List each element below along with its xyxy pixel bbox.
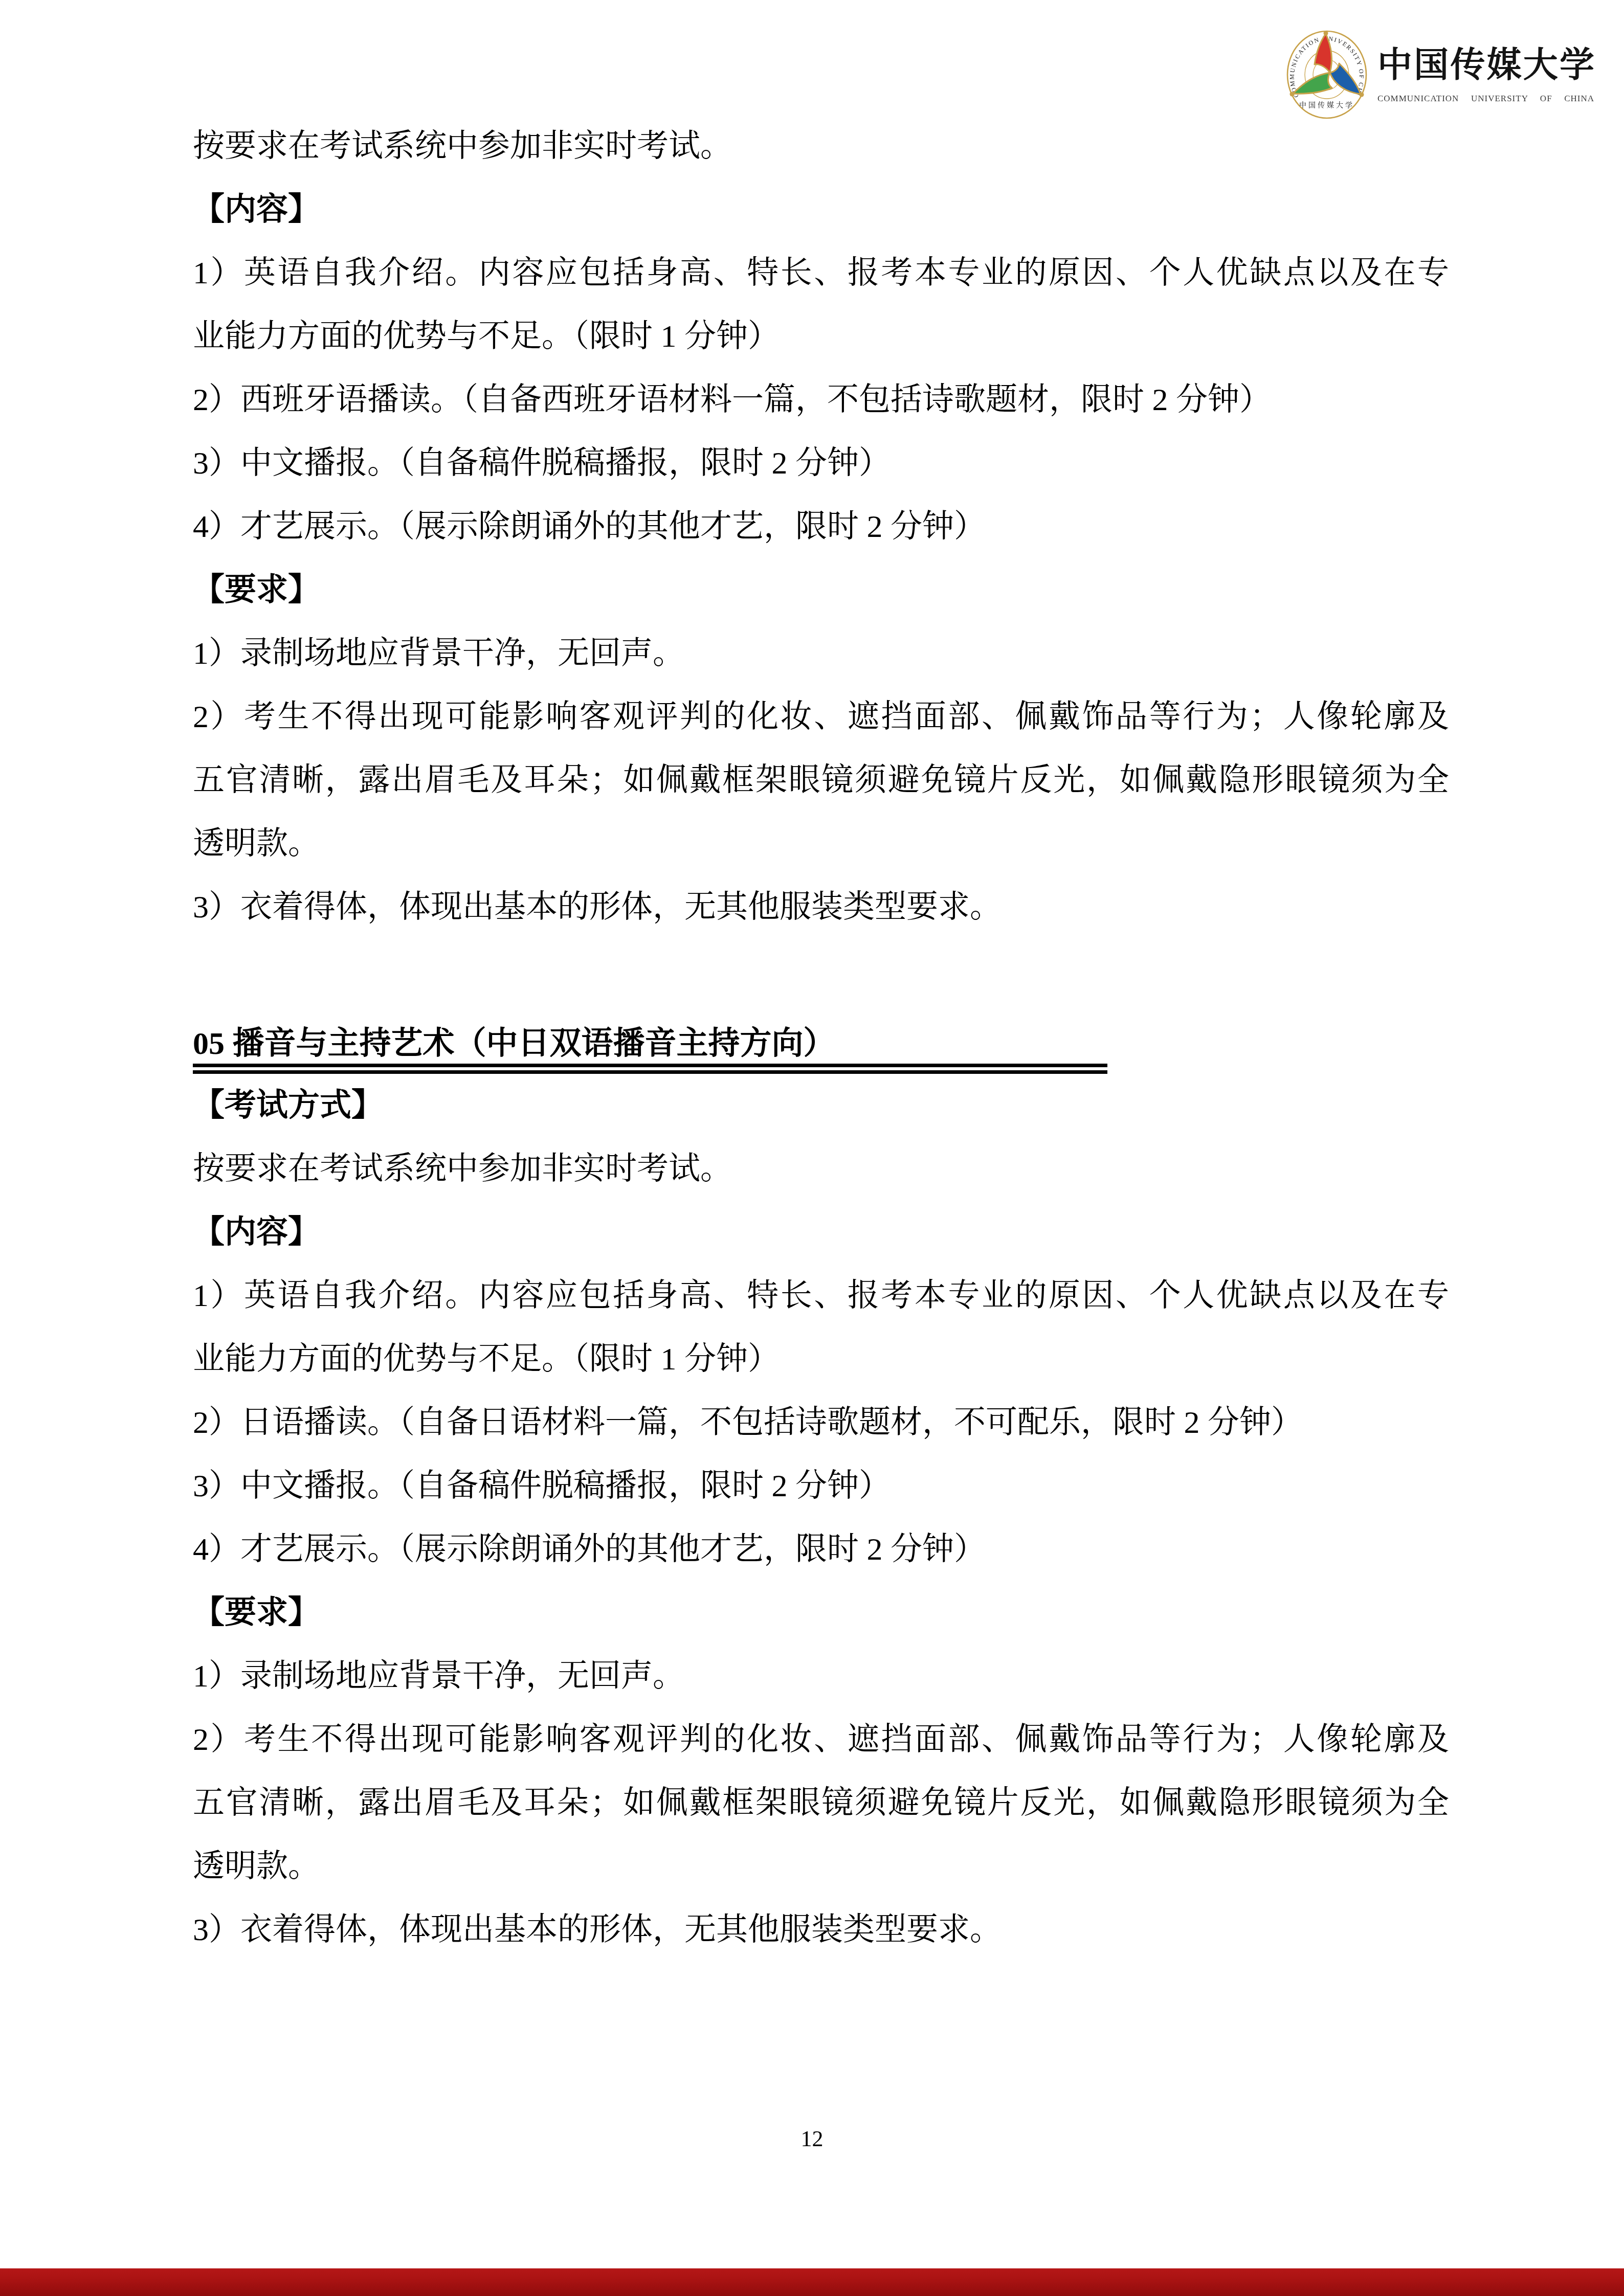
seal-blade-green [1293, 73, 1332, 94]
university-seal-icon: COMMUNICATION UNIVERSITY OF CHINA 中国传媒大学 [1285, 30, 1368, 120]
text-line: 3）衣着得体，体现出基本的形体，无其他服装类型要求。 [193, 875, 1449, 939]
text-line: 按要求在考试系统中参加非实时考试。 [193, 115, 1449, 178]
bracket-heading: 【内容】 [193, 178, 1449, 241]
text-line: 按要求在考试系统中参加非实时考试。 [193, 1137, 1449, 1201]
document-body: 按要求在考试系统中参加非实时考试。【内容】1）英语自我介绍。内容应包括身高、特长… [193, 115, 1449, 1962]
text-line: 1）录制场地应背景干净，无回声。 [193, 622, 1449, 685]
bracket-heading: 【内容】 [193, 1201, 1449, 1264]
text-line: 透明款。 [193, 1835, 1449, 1898]
bracket-heading: 【要求】 [193, 1581, 1449, 1645]
text-line: 1）录制场地应背景干净，无回声。 [193, 1645, 1449, 1708]
text-line: 3）衣着得体，体现出基本的形体，无其他服装类型要求。 [193, 1898, 1449, 1962]
text-line: 2）日语播读。（自备日语材料一篇，不包括诗歌题材，不可配乐，限时 2 分钟） [193, 1391, 1449, 1454]
footer-red-bar [0, 2268, 1624, 2296]
text-line: 业能力方面的优势与不足。（限时 1 分钟） [193, 1327, 1449, 1391]
university-wordmark: 中国传媒大学 [1377, 37, 1594, 93]
text-line: 透明款。 [193, 812, 1449, 875]
bracket-heading: 【考试方式】 [193, 1074, 1449, 1137]
page-number: 12 [0, 2126, 1624, 2152]
university-logo: COMMUNICATION UNIVERSITY OF CHINA 中国传媒大学… [1281, 26, 1598, 123]
seal-pinwheel [1293, 34, 1361, 94]
seal-blade-blue [1330, 63, 1361, 94]
section-heading: 05 播音与主持艺术（中日双语播音主持方向） [193, 1016, 1449, 1072]
text-line: 五官清晰，露出眉毛及耳朵；如佩戴框架眼镜须避免镜片反光，如佩戴隐形眼镜须为全 [193, 749, 1449, 812]
text-line: 4）才艺展示。（展示除朗诵外的其他才艺，限时 2 分钟） [193, 1518, 1449, 1581]
text-line: 2）考生不得出现可能影响客观评判的化妆、遮挡面部、佩戴饰品等行为；人像轮廓及 [193, 685, 1449, 749]
bracket-heading: 【要求】 [193, 558, 1449, 622]
text-line: 2）考生不得出现可能影响客观评判的化妆、遮挡面部、佩戴饰品等行为；人像轮廓及 [193, 1708, 1449, 1771]
text-line: 2）西班牙语播读。（自备西班牙语材料一篇，不包括诗歌题材，限时 2 分钟） [193, 368, 1449, 432]
text-line: 1）英语自我介绍。内容应包括身高、特长、报考本专业的原因、个人优缺点以及在专 [193, 241, 1449, 305]
text-line: 1）英语自我介绍。内容应包括身高、特长、报考本专业的原因、个人优缺点以及在专 [193, 1264, 1449, 1327]
seal-center-text: 中国传媒大学 [1299, 101, 1354, 109]
text-line: 3）中文播报。（自备稿件脱稿播报，限时 2 分钟） [193, 432, 1449, 495]
document-page: COMMUNICATION UNIVERSITY OF CHINA 中国传媒大学… [0, 0, 1624, 2296]
text-line: 4）才艺展示。（展示除朗诵外的其他才艺，限时 2 分钟） [193, 495, 1449, 558]
text-line: 五官清晰，露出眉毛及耳朵；如佩戴框架眼镜须避免镜片反光，如佩戴隐形眼镜须为全 [193, 1771, 1449, 1835]
university-caption: COMMUNICATION UNIVERSITY OF CHINA [1377, 93, 1594, 104]
text-line: 3）中文播报。（自备稿件脱稿播报，限时 2 分钟） [193, 1454, 1449, 1518]
text-line: 业能力方面的优势与不足。（限时 1 分钟） [193, 305, 1449, 368]
